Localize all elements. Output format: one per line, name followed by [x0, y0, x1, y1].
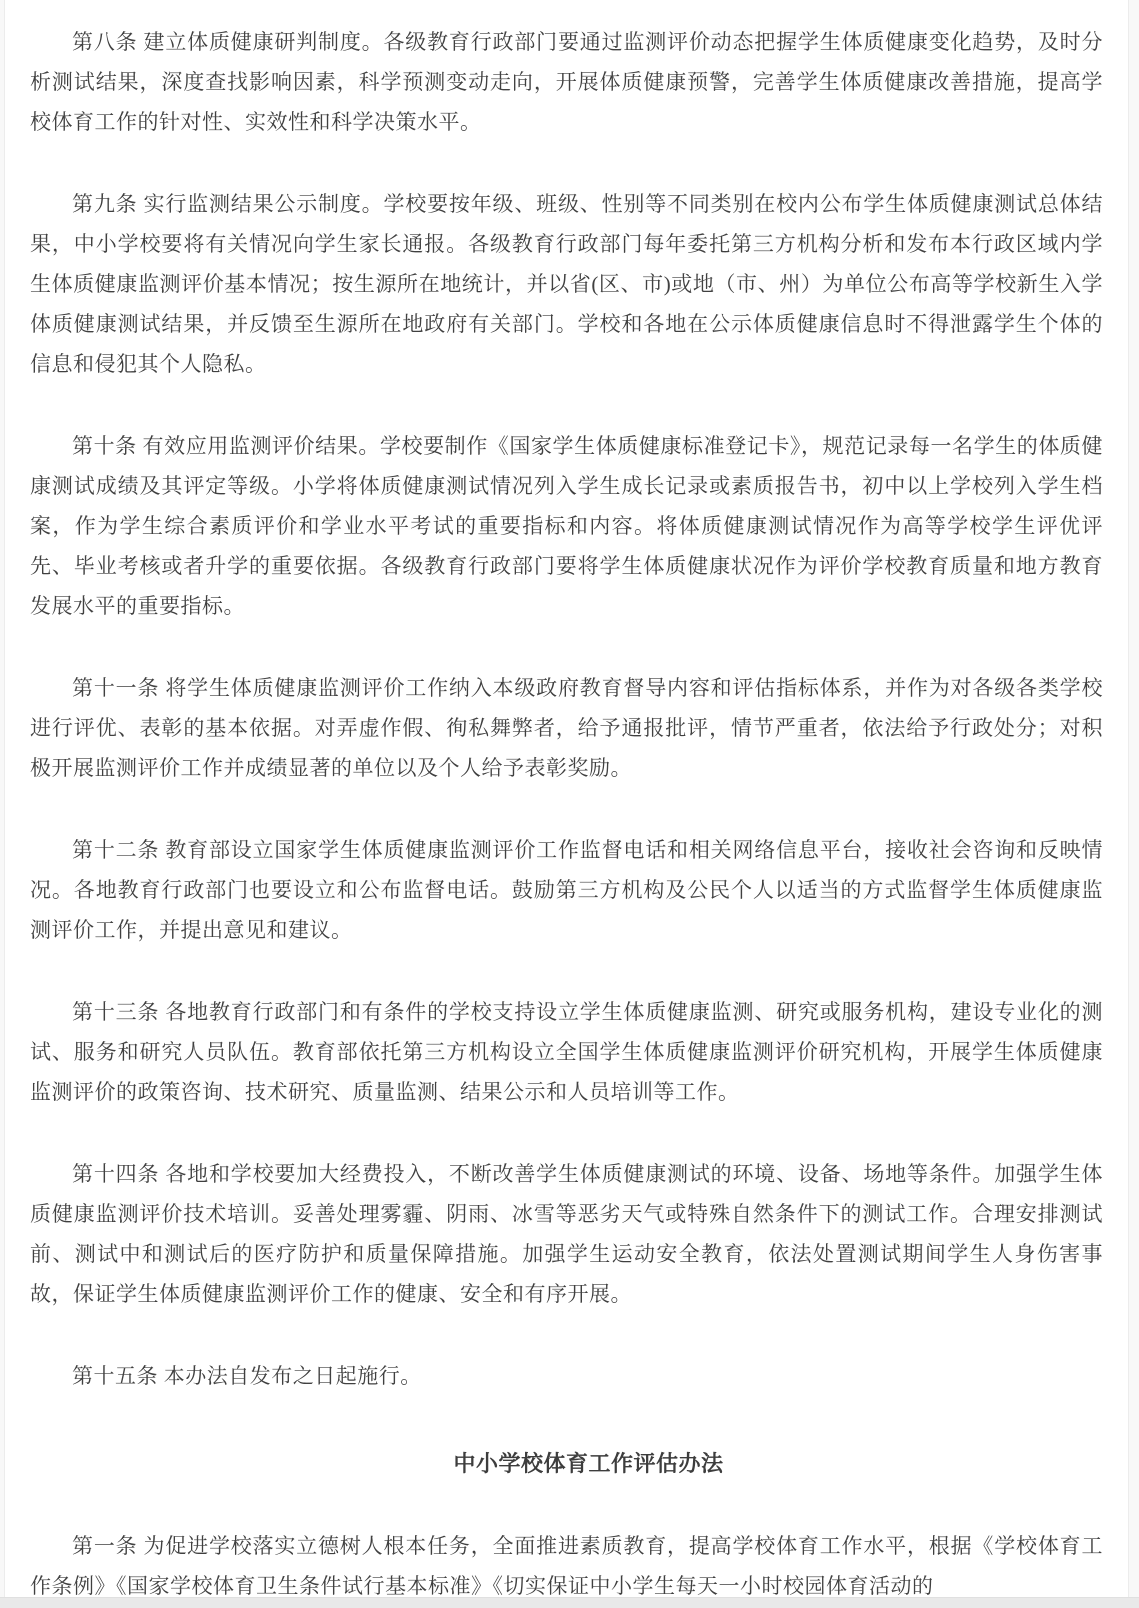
article-9-paragraph: 第九条 实行监测结果公示制度。学校要按年级、班级、性别等不同类别在校内公布学生体… [30, 184, 1103, 384]
document-page: 第八条 建立体质健康研判制度。各级教育行政部门要通过监测评价动态把握学生体质健康… [0, 0, 1139, 1608]
section2-article-1-paragraph: 第一条 为促进学校落实立德树人根本任务，全面推进素质教育，提高学校体育工作水平，… [30, 1526, 1103, 1597]
document-content: 第八条 建立体质健康研判制度。各级教育行政部门要通过监测评价动态把握学生体质健康… [5, 22, 1128, 1597]
article-10-paragraph: 第十条 有效应用监测评价结果。学校要制作《国家学生体质健康标准登记卡》，规范记录… [30, 426, 1103, 626]
page-bottom-strip [0, 1597, 1139, 1608]
article-11-paragraph: 第十一条 将学生体质健康监测评价工作纳入本级政府教育督导内容和评估指标体系，并作… [30, 668, 1103, 788]
article-14-paragraph: 第十四条 各地和学校要加大经费投入，不断改善学生体质健康测试的环境、设备、场地等… [30, 1154, 1103, 1314]
article-13-paragraph: 第十三条 各地教育行政部门和有条件的学校支持设立学生体质健康监测、研究或服务机构… [30, 992, 1103, 1112]
article-15-paragraph: 第十五条 本办法自发布之日起施行。 [30, 1356, 1103, 1396]
article-8-paragraph: 第八条 建立体质健康研判制度。各级教育行政部门要通过监测评价动态把握学生体质健康… [30, 22, 1103, 142]
section-title: 中小学校体育工作评估办法 [30, 1444, 1103, 1484]
article-12-paragraph: 第十二条 教育部设立国家学生体质健康监测评价工作监督电话和相关网络信息平台，接收… [30, 830, 1103, 950]
document-card: 第八条 建立体质健康研判制度。各级教育行政部门要通过监测评价动态把握学生体质健康… [4, 0, 1129, 1597]
